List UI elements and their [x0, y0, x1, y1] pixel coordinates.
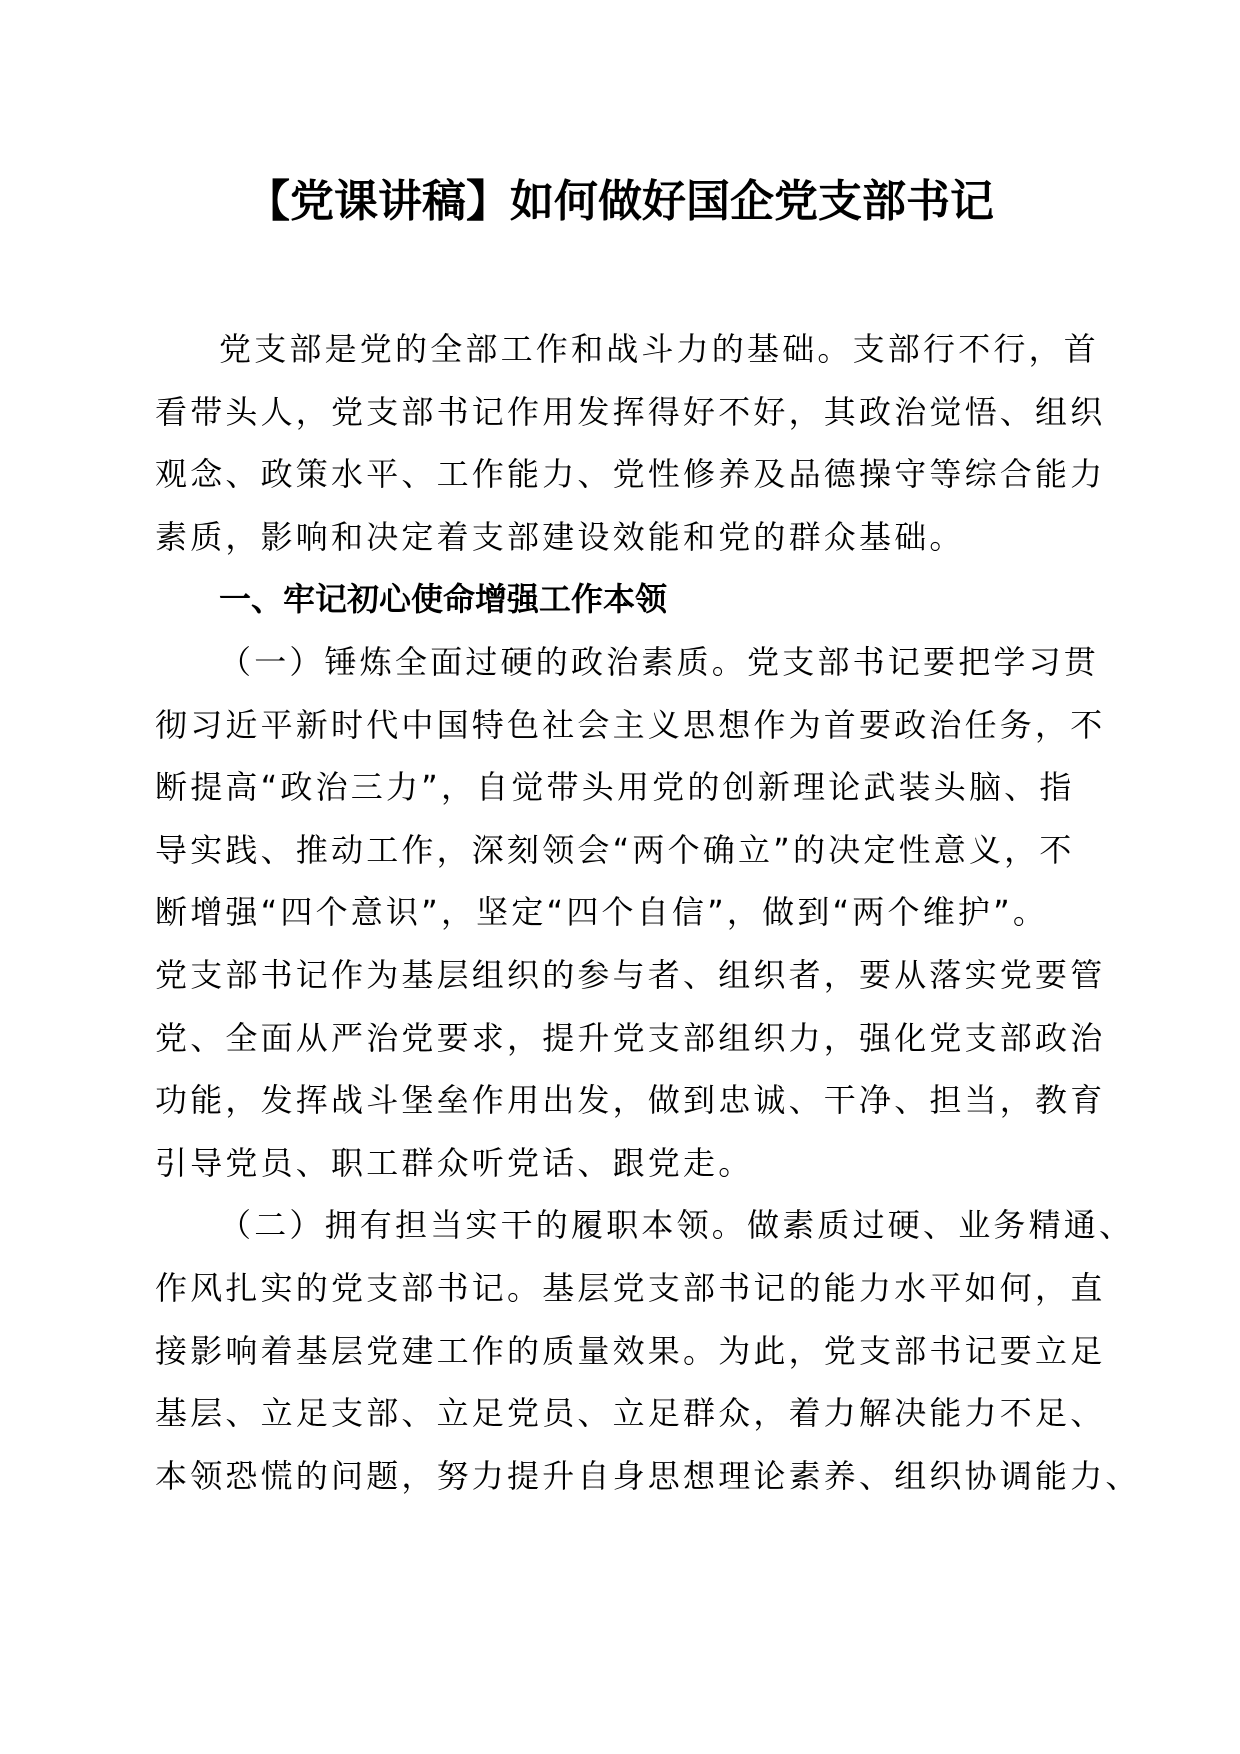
body-line: 基层、立足支部、立足党员、立足群众，着力解决能力不足、 — [155, 1382, 1095, 1445]
body-line: （二）拥有担当实干的履职本领。做素质过硬、业务精通、 — [155, 1194, 1095, 1257]
document-page: 【党课讲稿】如何做好国企党支部书记 党支部是党的全部工作和战斗力的基础。支部行不… — [0, 0, 1240, 1754]
document-title: 【党课讲稿】如何做好国企党支部书记 — [0, 172, 1240, 232]
body-line: 导实践、推动工作，深刻领会“两个确立”的决定性意义，不 — [155, 819, 1095, 882]
body-line: 接影响着基层党建工作的质量效果。为此，党支部书记要立足 — [155, 1320, 1095, 1383]
body-line: 观念、政策水平、工作能力、党性修养及品德操守等综合能力 — [155, 443, 1095, 506]
body-line: 党、全面从严治党要求，提升党支部组织力，强化党支部政治 — [155, 1007, 1095, 1070]
body-line: 本领恐慌的问题，努力提升自身思想理论素养、组织协调能力、 — [155, 1445, 1095, 1508]
body-line: 党支部书记作为基层组织的参与者、组织者，要从落实党要管 — [155, 944, 1095, 1007]
body-line: 引导党员、职工群众听党话、跟党走。 — [155, 1132, 1095, 1195]
body-line: 断提高“政治三力”，自觉带头用党的创新理论武装头脑、指 — [155, 756, 1095, 819]
section-heading: 一、牢记初心使命增强工作本领 — [155, 568, 1095, 631]
body-line: 看带头人，党支部书记作用发挥得好不好，其政治觉悟、组织 — [155, 381, 1095, 444]
body-line: 彻习近平新时代中国特色社会主义思想作为首要政治任务，不 — [155, 694, 1095, 757]
body-line: 党支部是党的全部工作和战斗力的基础。支部行不行，首 — [155, 318, 1095, 381]
document-body: 党支部是党的全部工作和战斗力的基础。支部行不行，首 看带头人，党支部书记作用发挥… — [155, 318, 1095, 1507]
body-line: 断增强“四个意识”，坚定“四个自信”，做到“两个维护”。 — [155, 881, 1095, 944]
body-line: （一）锤炼全面过硬的政治素质。党支部书记要把学习贯 — [155, 631, 1095, 694]
body-line: 功能，发挥战斗堡垒作用出发，做到忠诚、干净、担当，教育 — [155, 1069, 1095, 1132]
body-line: 作风扎实的党支部书记。基层党支部书记的能力水平如何，直 — [155, 1257, 1095, 1320]
body-line: 素质，影响和决定着支部建设效能和党的群众基础。 — [155, 506, 1095, 569]
